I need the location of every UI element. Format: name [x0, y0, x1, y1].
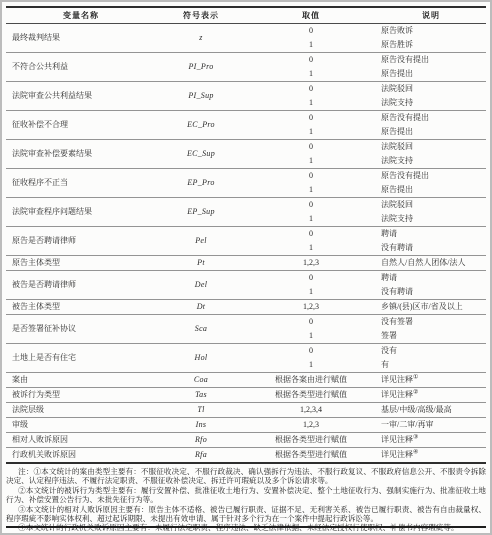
value-cell: 1 — [246, 125, 376, 140]
desc-cell: 原告没有提出 — [376, 111, 486, 126]
variable-name-cell: 相对人败诉原因 — [6, 433, 156, 448]
desc-cell: 没有聘请 — [376, 241, 486, 256]
value-cell: 根据各类型进行赋值 — [246, 448, 376, 464]
desc-cell: 没有聘请 — [376, 285, 486, 300]
desc-cell: 聘请 — [376, 271, 486, 286]
value-cell: 根据各案由进行赋值 — [246, 373, 376, 388]
desc-cell: 原告没有提出 — [376, 169, 486, 184]
desc-text: 详见注释 — [381, 375, 413, 384]
desc-cell: 原告败诉 — [376, 24, 486, 39]
variable-name-cell: 被告是否聘请律师 — [6, 271, 156, 300]
value-cell: 1 — [246, 154, 376, 169]
table-row: 原告主体类型 Pt 1,2,3 自然人/自然人团体/法人 — [6, 256, 486, 271]
table-row: 土地上是否有住宅 Hol 0 没有 — [6, 344, 486, 359]
symbol-cell: Pt — [156, 256, 246, 271]
value-cell: 1,2,3 — [246, 256, 376, 271]
table-row: 最终裁判结果 z 0 原告败诉 — [6, 24, 486, 39]
note-ref-mark: ① — [413, 374, 418, 380]
desc-cell: 详见注释① — [376, 373, 486, 388]
note-ref-mark: ④ — [413, 449, 418, 455]
note-ref-mark: ② — [413, 389, 418, 395]
desc-cell: 没有 — [376, 344, 486, 359]
variable-name-cell: 原告是否聘请律师 — [6, 227, 156, 256]
symbol-cell: Hol — [156, 344, 246, 373]
symbol-cell: Dt — [156, 300, 246, 315]
variable-name-cell: 审级 — [6, 418, 156, 433]
value-cell: 0 — [246, 344, 376, 359]
note-ref-mark: ③ — [413, 434, 418, 440]
value-cell: 1 — [246, 212, 376, 227]
symbol-cell: Sca — [156, 315, 246, 344]
table-row: 审级 Ins 1,2,3 一审/二审/再审 — [6, 418, 486, 433]
desc-cell: 原告胜诉 — [376, 38, 486, 53]
table-row: 法院审查公共利益结果 PI_Sup 0 法院驳回 — [6, 82, 486, 97]
desc-cell: 详见注释② — [376, 388, 486, 403]
value-cell: 1 — [246, 285, 376, 300]
symbol-cell: Tl — [156, 403, 246, 418]
variable-name-cell: 被诉行为类型 — [6, 388, 156, 403]
desc-text: 详见注释 — [381, 450, 413, 459]
table-row: 行政机关败诉原因 Rfa 根据各类型进行赋值 详见注释④ — [6, 448, 486, 464]
desc-cell: 原告提出 — [376, 183, 486, 198]
table-row: 被告主体类型 Dt 1,2,3 乡镇/(县)区市/省及以上 — [6, 300, 486, 315]
value-cell: 0 — [246, 227, 376, 242]
desc-cell: 法院驳回 — [376, 82, 486, 97]
symbol-cell: PI_Pro — [156, 53, 246, 82]
note-4: ④本文统计的行政机关败诉原因主要有：未履行法定职责、程序违法、缺乏法律依据、未经… — [6, 523, 486, 532]
desc-cell: 原告提出 — [376, 67, 486, 82]
value-cell: 根据各类型进行赋值 — [246, 388, 376, 403]
desc-cell: 法院支持 — [376, 212, 486, 227]
header-variable-name: 变量名称 — [6, 7, 156, 24]
desc-cell: 聘请 — [376, 227, 486, 242]
value-cell: 0 — [246, 169, 376, 184]
header-description: 说明 — [376, 7, 486, 24]
value-cell: 0 — [246, 271, 376, 286]
scanned-page: 变量名称 符号表示 取值 说明 最终裁判结果 z 0 原告败诉 1 原告胜诉 不… — [0, 0, 492, 535]
value-cell: 0 — [246, 82, 376, 97]
table-header-row: 变量名称 符号表示 取值 说明 — [6, 7, 486, 24]
desc-cell: 法院支持 — [376, 154, 486, 169]
value-cell: 1,2,3 — [246, 300, 376, 315]
desc-cell: 有 — [376, 358, 486, 373]
desc-cell: 没有签署 — [376, 315, 486, 330]
value-cell: 根据各类型进行赋值 — [246, 433, 376, 448]
symbol-cell: EC_Sup — [156, 140, 246, 169]
variable-name-cell: 案由 — [6, 373, 156, 388]
value-cell: 1 — [246, 67, 376, 82]
value-cell: 0 — [246, 53, 376, 68]
symbol-cell: PI_Sup — [156, 82, 246, 111]
value-cell: 0 — [246, 198, 376, 213]
note-2: ②本文统计的被诉行为类型主要有：履行安置补偿、批准征收土地行为、安置补偿决定、整… — [6, 486, 486, 505]
table-row: 征收程序不正当 EP_Pro 0 原告没有提出 — [6, 169, 486, 184]
desc-cell: 原告没有提出 — [376, 53, 486, 68]
value-cell: 1 — [246, 96, 376, 111]
table-row: 法院审查补偿要素结果 EC_Sup 0 法院驳回 — [6, 140, 486, 155]
desc-cell: 法院驳回 — [376, 198, 486, 213]
variable-name-cell: 行政机关败诉原因 — [6, 448, 156, 464]
variable-name-cell: 是否签署征补协议 — [6, 315, 156, 344]
desc-cell: 原告提出 — [376, 125, 486, 140]
value-cell: 0 — [246, 315, 376, 330]
desc-cell: 详见注释③ — [376, 433, 486, 448]
desc-cell: 乡镇/(县)区市/省及以上 — [376, 300, 486, 315]
symbol-cell: Rfo — [156, 433, 246, 448]
page-bottom-rule — [6, 526, 486, 528]
table-row: 相对人败诉原因 Rfo 根据各类型进行赋值 详见注释③ — [6, 433, 486, 448]
variable-name-cell: 被告主体类型 — [6, 300, 156, 315]
symbol-cell: Del — [156, 271, 246, 300]
variable-name-cell: 征收程序不正当 — [6, 169, 156, 198]
value-cell: 0 — [246, 24, 376, 39]
desc-cell: 签署 — [376, 329, 486, 344]
desc-cell: 一审/二审/再审 — [376, 418, 486, 433]
table-row: 被告是否聘请律师 Del 0 聘请 — [6, 271, 486, 286]
value-cell: 1 — [246, 329, 376, 344]
table-row: 原告是否聘请律师 Pel 0 聘请 — [6, 227, 486, 242]
table-row: 征收补偿不合理 EC_Pro 0 原告没有提出 — [6, 111, 486, 126]
desc-cell: 法院支持 — [376, 96, 486, 111]
variable-name-cell: 法院审查公共利益结果 — [6, 82, 156, 111]
variable-name-cell: 土地上是否有住宅 — [6, 344, 156, 373]
table-row: 法院审查程序问题结果 EP_Sup 0 法院驳回 — [6, 198, 486, 213]
symbol-cell: Ins — [156, 418, 246, 433]
value-cell: 0 — [246, 140, 376, 155]
value-cell: 1 — [246, 358, 376, 373]
header-value: 取值 — [246, 7, 376, 24]
variable-name-cell: 最终裁判结果 — [6, 24, 156, 53]
symbol-cell: Pel — [156, 227, 246, 256]
symbol-cell: EC_Pro — [156, 111, 246, 140]
value-cell: 0 — [246, 111, 376, 126]
symbol-cell: Rfa — [156, 448, 246, 464]
table-row: 不符合公共利益 PI_Pro 0 原告没有提出 — [6, 53, 486, 68]
variable-name-cell: 原告主体类型 — [6, 256, 156, 271]
value-cell: 1 — [246, 241, 376, 256]
variable-name-cell: 不符合公共利益 — [6, 53, 156, 82]
desc-cell: 详见注释④ — [376, 448, 486, 464]
symbol-cell: Tas — [156, 388, 246, 403]
table-notes: 注：①本文统计的案由类型主要有：不服征收决定、不服行政裁决、确认强拆行为违法、不… — [6, 467, 486, 533]
symbol-cell: EP_Sup — [156, 198, 246, 227]
variable-name-cell: 法院审查程序问题结果 — [6, 198, 156, 227]
desc-cell: 法院驳回 — [376, 140, 486, 155]
variable-name-cell: 征收补偿不合理 — [6, 111, 156, 140]
note-3: ③本文统计的相对人败诉原因主要有：原告主体不适格、被告已履行职责、证据不足、无利… — [6, 505, 486, 524]
desc-cell: 基层/中级/高级/最高 — [376, 403, 486, 418]
table-row: 是否签署征补协议 Sca 0 没有签署 — [6, 315, 486, 330]
symbol-cell: Coa — [156, 373, 246, 388]
desc-text: 详见注释 — [381, 390, 413, 399]
table-row: 被诉行为类型 Tas 根据各类型进行赋值 详见注释② — [6, 388, 486, 403]
variable-name-cell: 法院审查补偿要素结果 — [6, 140, 156, 169]
value-cell: 1 — [246, 38, 376, 53]
variable-name-cell: 法院层级 — [6, 403, 156, 418]
header-symbol: 符号表示 — [156, 7, 246, 24]
variable-definition-table: 变量名称 符号表示 取值 说明 最终裁判结果 z 0 原告败诉 1 原告胜诉 不… — [6, 6, 486, 464]
symbol-cell: EP_Pro — [156, 169, 246, 198]
value-cell: 1 — [246, 183, 376, 198]
value-cell: 1,2,3,4 — [246, 403, 376, 418]
desc-cell: 自然人/自然人团体/法人 — [376, 256, 486, 271]
table-row: 法院层级 Tl 1,2,3,4 基层/中级/高级/最高 — [6, 403, 486, 418]
desc-text: 详见注释 — [381, 435, 413, 444]
note-1: 注：①本文统计的案由类型主要有：不服征收决定、不服行政裁决、确认强拆行为违法、不… — [6, 467, 486, 486]
value-cell: 1,2,3 — [246, 418, 376, 433]
symbol-cell: z — [156, 24, 246, 53]
table-row: 案由 Coa 根据各案由进行赋值 详见注释① — [6, 373, 486, 388]
